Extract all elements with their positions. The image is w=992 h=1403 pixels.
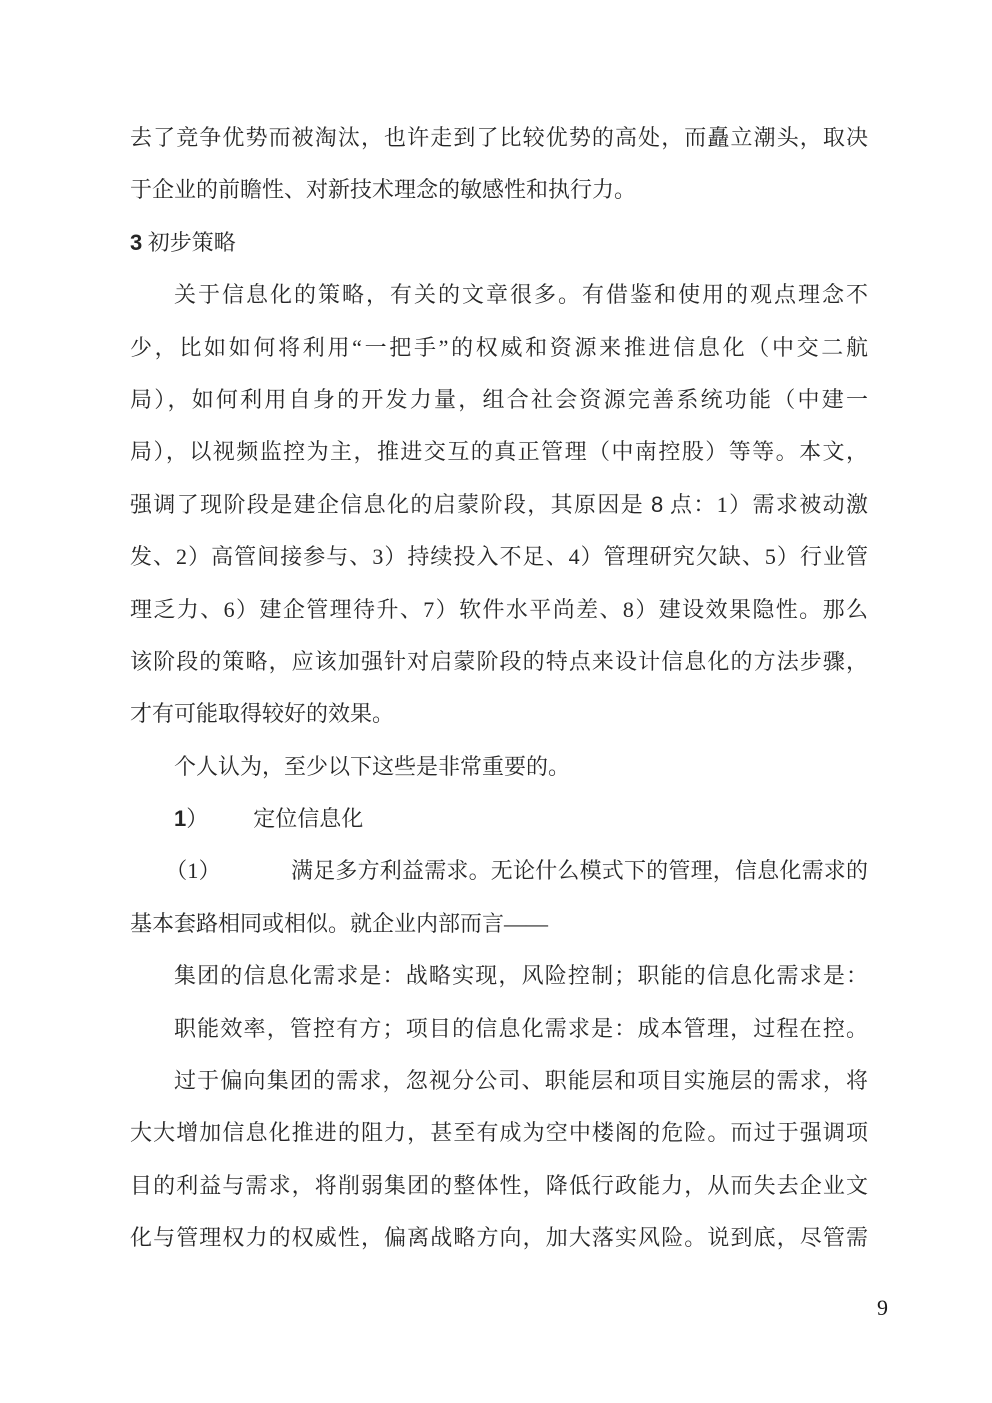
tab-space (221, 877, 291, 878)
text-line: （1）满足多方利益需求。无论什么模式下的管理，信息化需求的 (130, 845, 868, 897)
text-run: 个人认为，至少以下这些是非常重要的。 (174, 754, 570, 779)
text-run: （1） (165, 858, 221, 883)
text-run: 局），如何利用自身的开发力量，组合社会资源完善系统功能（中建一 (130, 387, 868, 412)
text-run: 才有可能取得较好的效果。 (130, 701, 394, 726)
text-line: 职能效率，管控有方；项目的信息化需求是：成本管理，过程在控。 (130, 1003, 868, 1055)
text-run: 集团的信息化需求是：战略实现，风险控制；职能的信息化需求是： (174, 963, 868, 988)
text-line: 该阶段的策略，应该加强针对启蒙阶段的特点来设计信息化的方法步骤， (130, 636, 868, 688)
page-number: 9 (877, 1293, 888, 1323)
text-run: 化与管理权力的权威性，偏离战略方向，加大落实风险。说到底，尽管需 (130, 1225, 868, 1250)
text-line: 去了竞争优势而被淘汰，也许走到了比较优势的高处，而矗立潮头，取决 (130, 112, 868, 164)
text-line: 个人认为，至少以下这些是非常重要的。 (130, 741, 868, 793)
text-line: 发、2）高管间接参与、3）持续投入不足、4）管理研究欠缺、5）行业管 (130, 531, 868, 583)
text-run: 大大增加信息化推进的阻力，甚至有成为空中楼阁的危险。而过于强调项 (130, 1120, 868, 1145)
text-line: 目的利益与需求，将削弱集团的整体性，降低行政能力，从而失去企业文 (130, 1160, 868, 1212)
text-run: 强调了现阶段是建企信息化的启蒙阶段，其原因是 (130, 492, 651, 517)
text-run: 点：1）需求被动激 (663, 492, 868, 517)
text-line: 强调了现阶段是建企信息化的启蒙阶段，其原因是 8 点：1）需求被动激 (130, 479, 868, 531)
text-run: 关于信息化的策略，有关的文章很多。有借鉴和使用的观点理念不 (174, 282, 868, 307)
text-line: 过于偏向集团的需求，忽视分公司、职能层和项目实施层的需求，将 (130, 1055, 868, 1107)
text-run: 该阶段的策略，应该加强针对启蒙阶段的特点来设计信息化的方法步骤， (130, 649, 868, 674)
heading-number: 3 (130, 230, 142, 255)
text-run: 理乏力、6）建企管理待升、7）软件水平尚差、8）建设效果隐性。那么 (130, 597, 868, 622)
text-run: 少，比如如何将利用“一把手”的权威和资源来推进信息化（中交二航 (130, 335, 868, 360)
text-run: 基本套路相同或相似。就企业内部而言—— (130, 911, 548, 936)
text-run: ） (186, 806, 208, 831)
text-line: 理乏力、6）建企管理待升、7）软件水平尚差、8）建设效果隐性。那么 (130, 584, 868, 636)
text-line: 少，比如如何将利用“一把手”的权威和资源来推进信息化（中交二航 (130, 322, 868, 374)
text-run: 发、2）高管间接参与、3）持续投入不足、4）管理研究欠缺、5）行业管 (130, 544, 868, 569)
text-run: 8 (651, 492, 663, 517)
text-line: 局），以视频监控为主，推进交互的真正管理（中南控股）等等。本文， (130, 426, 868, 478)
section-heading: 3 初步策略 (130, 217, 868, 269)
text-line: 大大增加信息化推进的阻力，甚至有成为空中楼阁的危险。而过于强调项 (130, 1107, 868, 1159)
text-line: 关于信息化的策略，有关的文章很多。有借鉴和使用的观点理念不 (130, 269, 868, 321)
text-line: 基本套路相同或相似。就企业内部而言—— (130, 898, 868, 950)
document-page: 去了竞争优势而被淘汰，也许走到了比较优势的高处，而矗立潮头，取决于企业的前瞻性、… (0, 0, 992, 1403)
text-run: 定位信息化 (253, 806, 363, 831)
heading-number: 1 (174, 806, 186, 831)
text-run: 满足多方利益需求。无论什么模式下的管理，信息化需求的 (291, 858, 868, 883)
text-run: 过于偏向集团的需求，忽视分公司、职能层和项目实施层的需求，将 (174, 1068, 868, 1093)
tab-space (208, 825, 253, 826)
text-line: 局），如何利用自身的开发力量，组合社会资源完善系统功能（中建一 (130, 374, 868, 426)
text-run: 目的利益与需求，将削弱集团的整体性，降低行政能力，从而失去企业文 (130, 1173, 868, 1198)
text-run: 去了竞争优势而被淘汰，也许走到了比较优势的高处，而矗立潮头，取决 (130, 125, 868, 150)
text-run: 局），以视频监控为主，推进交互的真正管理（中南控股）等等。本文， (130, 439, 868, 464)
list-heading: 1）定位信息化 (130, 793, 868, 845)
text-run: 职能效率，管控有方；项目的信息化需求是：成本管理，过程在控。 (174, 1016, 868, 1041)
text-line: 化与管理权力的权威性，偏离战略方向，加大落实风险。说到底，尽管需 (130, 1212, 868, 1264)
document-body: 去了竞争优势而被淘汰，也许走到了比较优势的高处，而矗立潮头，取决于企业的前瞻性、… (130, 112, 868, 1265)
text-line: 集团的信息化需求是：战略实现，风险控制；职能的信息化需求是： (130, 950, 868, 1002)
text-line: 于企业的前瞻性、对新技术理念的敏感性和执行力。 (130, 164, 868, 216)
text-run: 于企业的前瞻性、对新技术理念的敏感性和执行力。 (130, 177, 636, 202)
text-run: 初步策略 (142, 230, 236, 255)
text-line: 才有可能取得较好的效果。 (130, 688, 868, 740)
